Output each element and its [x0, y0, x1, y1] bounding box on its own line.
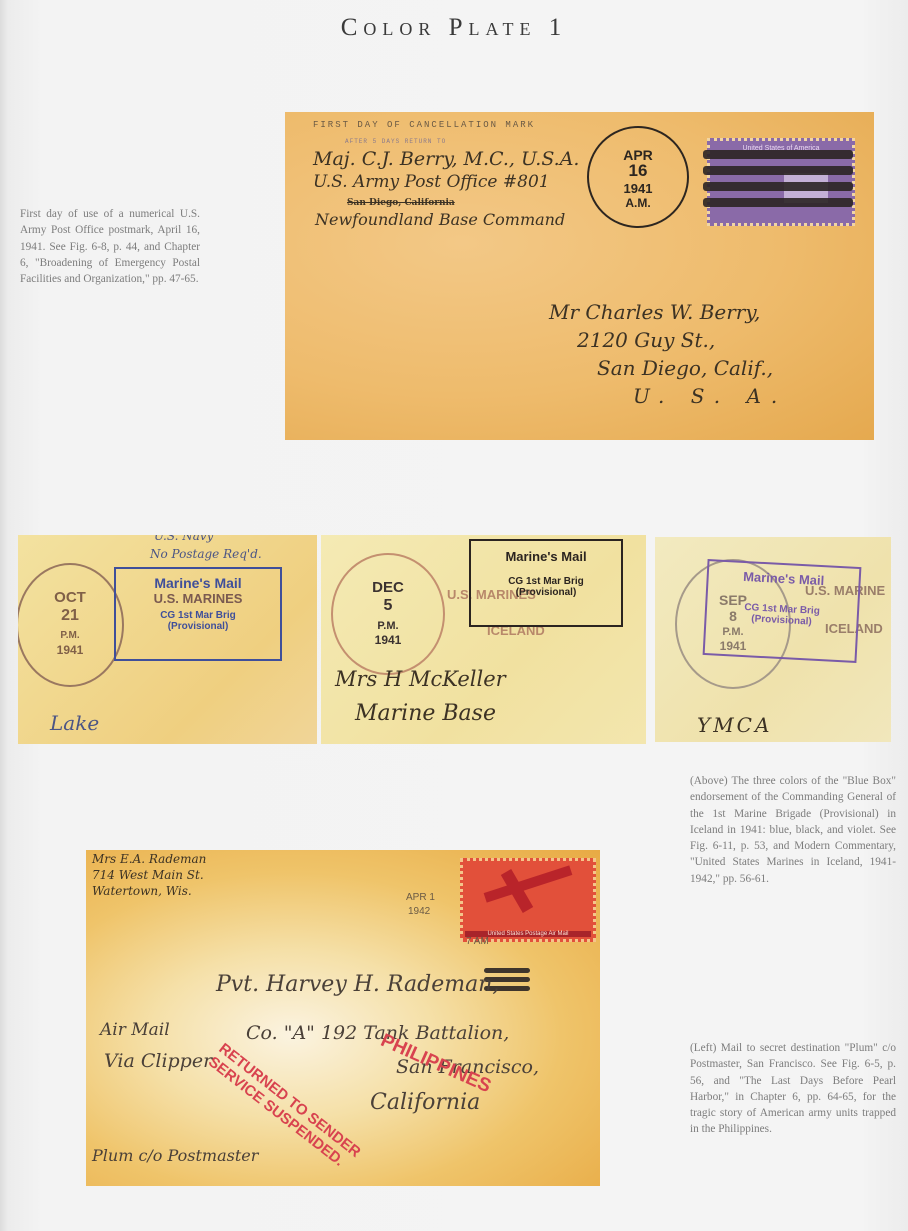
caption-top-left: First day of use of a numerical U.S. Arm…	[20, 206, 200, 287]
postmark-dec5: DEC 5 P.M. 1941	[331, 553, 445, 675]
typed-header: FIRST DAY OF CANCELLATION MARK	[313, 120, 535, 130]
handwriting-postage: No Postage Req'd.	[150, 547, 262, 561]
addressee-line-2: Co. "A" 192 Tank Battalion,	[246, 1022, 509, 1044]
addressee-line-2: 2120 Guy St.,	[577, 328, 715, 352]
killer-bars	[703, 150, 853, 214]
handwriting-marine-base: Marine Base	[355, 701, 496, 726]
handwriting-ymca: YMCA	[697, 713, 772, 737]
caption-middle-right: (Above) The three colors of the "Blue Bo…	[690, 773, 896, 887]
addressee-line-4: U. S. A.	[633, 384, 787, 408]
cover-apo-first-day: FIRST DAY OF CANCELLATION MARK AFTER 5 D…	[285, 112, 874, 440]
addressee-line-3: San Diego, Calif.,	[597, 356, 773, 380]
violet-box-endorsement: Marine's Mail CG 1st Mar Brig (Provision…	[703, 559, 862, 663]
postmark-text-month: APR 1	[406, 892, 435, 903]
return-address-line-1: Maj. C.J. Berry, M.C., U.S.A.	[313, 148, 579, 170]
addressee-line-4: California	[370, 1090, 480, 1115]
return-address-line-3: San Diego, California	[347, 198, 455, 208]
stamp-airmail-red: United States Postage Air Mail	[460, 858, 596, 942]
return-label: AFTER 5 DAYS RETURN TO	[345, 138, 446, 145]
black-box-endorsement: Marine's Mail CG 1st Mar Brig (Provision…	[469, 539, 623, 627]
return-address-line-1: Mrs E.A. Rademan	[92, 852, 206, 866]
note-air-mail: Air Mail	[100, 1020, 170, 1040]
postmark-oct21: OCT 21 P.M. 1941	[18, 563, 124, 687]
postmark-apo: APR 16 1941 A.M.	[587, 126, 689, 228]
addressee-line-1: Mr Charles W. Berry,	[549, 300, 760, 324]
cover-marine-black: DEC 5 P.M. 1941 U.S. MARINES ICELAND Mar…	[321, 535, 646, 744]
addressee-line-1: Pvt. Harvey H. Rademan,	[216, 972, 499, 997]
note-plum: Plum c/o Postmaster	[92, 1146, 258, 1165]
handwriting-lake: Lake	[50, 711, 99, 735]
caption-bottom-right: (Left) Mail to secret destination "Plum"…	[690, 1040, 896, 1138]
return-address-line-2: U.S. Army Post Office #801	[313, 172, 550, 192]
return-address-line-3: Watertown, Wis.	[92, 884, 192, 898]
handwriting-mckeller: Mrs H McKeller	[335, 667, 506, 691]
cover-marine-blue: U.S. Navy No Postage Req'd. OCT 21 P.M. …	[18, 535, 317, 744]
postmark-text-year: 1942	[408, 906, 430, 917]
cover-marine-violet: SEP 8 P.M. 1941 U.S. MARINE ICELAND Mari…	[655, 537, 891, 742]
note-via-clipper: Via Clipper	[104, 1050, 212, 1072]
handwriting-navy: U.S. Navy	[154, 535, 213, 543]
return-address-line-2: 714 West Main St.	[92, 868, 204, 882]
return-address-line-4: Newfoundland Base Command	[315, 210, 565, 229]
page-title: Color Plate 1	[0, 14, 908, 42]
postmark-text-time: 7 AM	[466, 936, 489, 947]
blue-box-endorsement: Marine's Mail U.S. MARINES CG 1st Mar Br…	[114, 567, 282, 661]
cover-plum-philippines: Mrs E.A. Rademan 714 West Main St. Water…	[86, 850, 600, 1186]
